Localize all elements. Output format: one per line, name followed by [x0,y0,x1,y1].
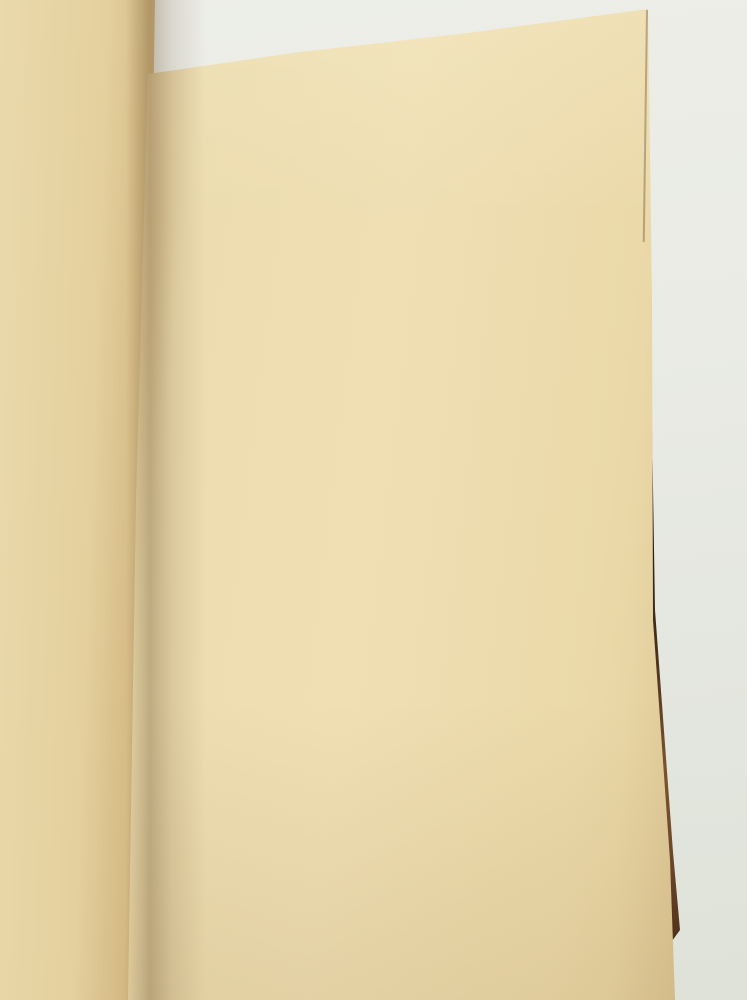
page-text-block [160,90,612,124]
book-photo: { "photo": { "background_color": "#e8eae… [0,0,747,1000]
running-header-row [212,90,604,108]
right-page [118,0,684,1000]
letter-body [161,104,613,125]
